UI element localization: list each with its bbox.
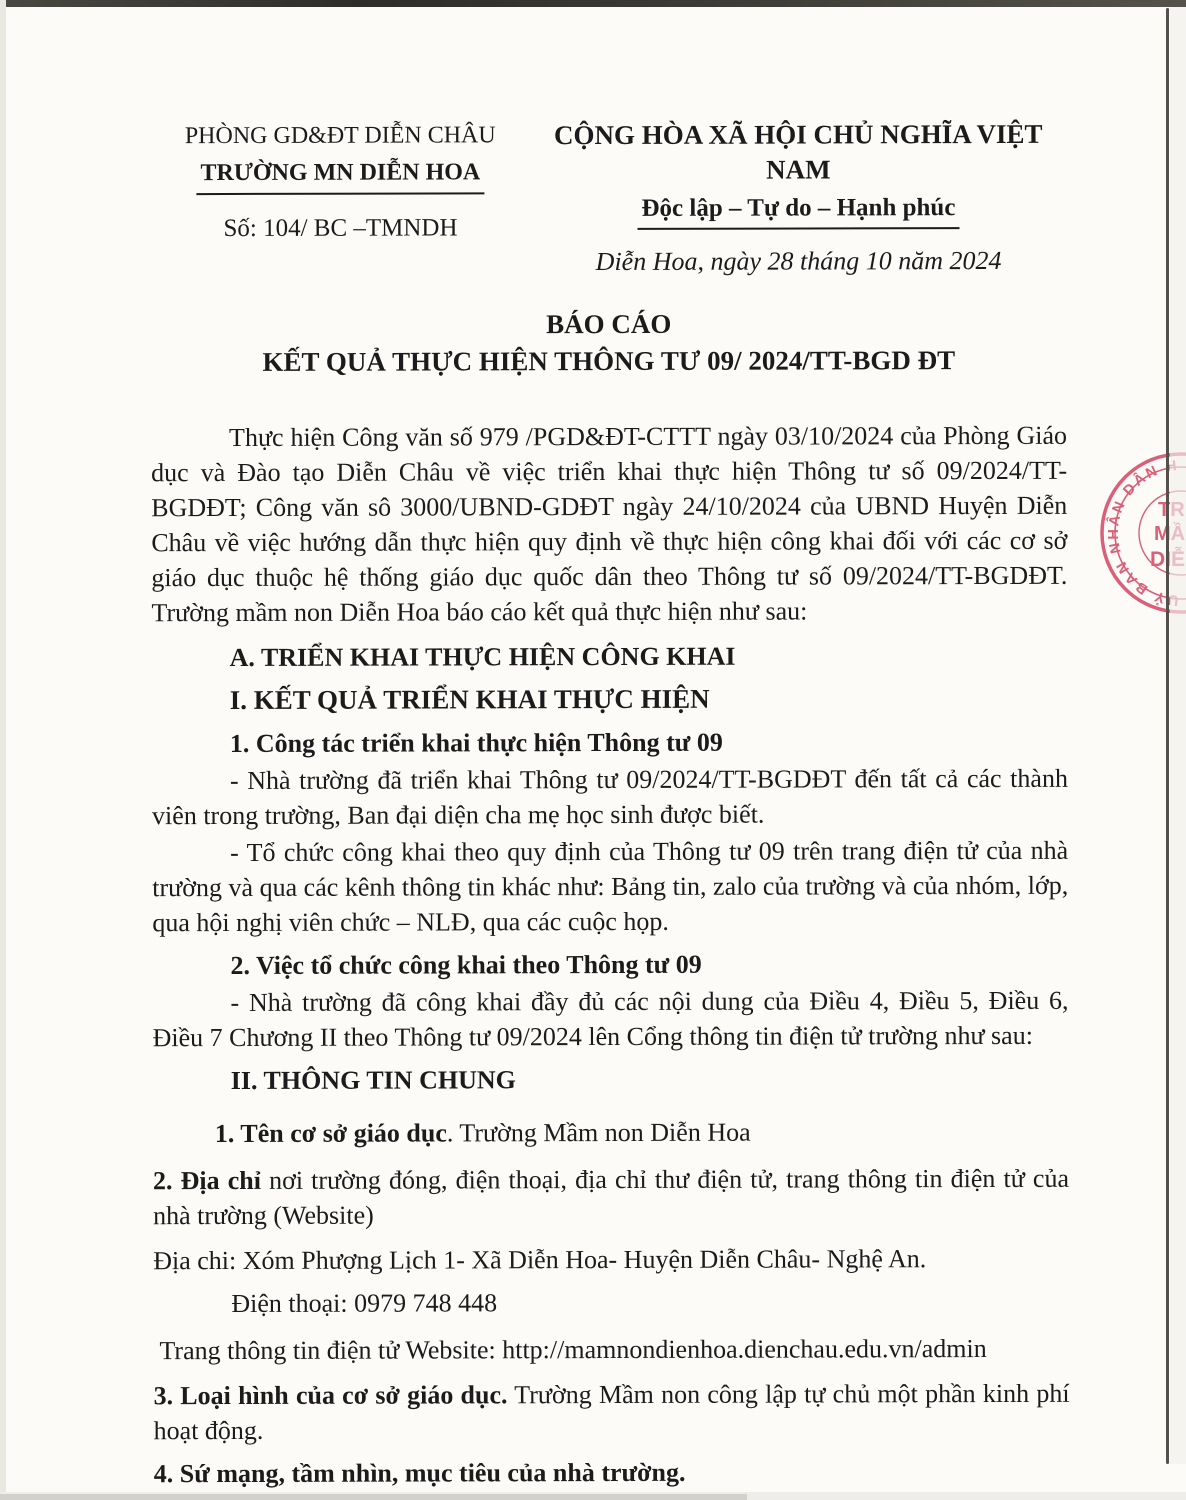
scan-edge-left [0, 0, 6, 1500]
item-4-mission-heading: 4. Sứ mạng, tầm nhìn, mục tiêu của nhà t… [154, 1454, 1070, 1491]
document-header: PHÒNG GD&ĐT DIỄN CHÂU TRƯỜNG MN DIỄN HOA… [150, 117, 1066, 280]
section-i-heading: I. KẾT QUẢ TRIỂN KHAI THỰC HIỆN [230, 681, 1068, 718]
intro-paragraph: Thực hiện Công văn số 979 /PGD&ĐT-CTTT n… [151, 418, 1068, 630]
national-motto-block: CỘNG HÒA XÃ HỘI CHỦ NGHĨA VIỆT NAM Độc l… [530, 117, 1066, 279]
scanned-document-page: UỶ BAN NHÂN DÂN HUY TR MẦ DIỄ PHÒNG GD&Đ… [0, 0, 1186, 1500]
org-parent-name: PHÒNG GD&ĐT DIỄN CHÂU [150, 118, 530, 154]
heading-1: 1. Công tác triển khai thực hiện Thông t… [230, 724, 1068, 761]
scan-edge-right-band [1170, 6, 1186, 1464]
scan-edge-top [0, 0, 1186, 7]
national-title: CỘNG HÒA XÃ HỘI CHỦ NGHĨA VIỆT NAM [530, 117, 1066, 188]
item-1-school-name: 1. Tên cơ sở giáo dục. Trường Mầm non Di… [215, 1114, 1069, 1151]
item-2-label: 2. Địa chỉ [153, 1166, 261, 1195]
document-title-block: BÁO CÁO KẾT QUẢ THỰC HIỆN THÔNG TƯ 09/ 2… [151, 306, 1067, 380]
address-line: Địa chi: Xóm Phượng Lịch 1- Xã Diễn Hoa-… [153, 1241, 1069, 1278]
item-1-label: 1. Tên cơ sở giáo dục [215, 1118, 447, 1148]
phone-line: Điện thoại: 0979 748 448 [231, 1284, 1069, 1321]
document-number: Số: 104/ BC –TMNDH [150, 210, 530, 246]
org-school-name: TRƯỜNG MN DIỄN HOA [196, 155, 484, 195]
scan-edge-bottom-shadow [0, 1494, 747, 1500]
national-motto: Độc lập – Tự do – Hạnh phúc [637, 190, 959, 230]
item-2-value: nơi trường đóng, điện thoại, địa chỉ thư… [153, 1164, 1069, 1230]
item-1-value: . Trường Mầm non Diễn Hoa [447, 1118, 751, 1148]
paragraph-2: - Tổ chức công khai theo quy định của Th… [152, 833, 1068, 940]
document-subtitle: KẾT QUẢ THỰC HIỆN THÔNG TƯ 09/ 2024/TT-B… [151, 343, 1067, 380]
section-ii-heading: II. THÔNG TIN CHUNG [231, 1061, 1069, 1098]
paragraph-3: - Nhà trường đã công khai đầy đủ các nội… [152, 983, 1068, 1055]
website-line: Trang thông tin điện tử Website: http://… [159, 1331, 1069, 1368]
item-3-school-type: 3. Loại hình của cơ sở giáo dục. Trường … [154, 1376, 1070, 1448]
heading-2: 2. Việc tổ chức công khai theo Thông tư … [230, 946, 1068, 983]
item-3-label: 3. Loại hình của cơ sở giáo dục. [154, 1380, 508, 1410]
section-a-heading: A. TRIỂN KHAI THỰC HIỆN CÔNG KHAI [230, 638, 1068, 675]
issuing-org-block: PHÒNG GD&ĐT DIỄN CHÂU TRƯỜNG MN DIỄN HOA… [150, 118, 530, 280]
scan-edge-right-line [1166, 8, 1169, 1464]
document-content: PHÒNG GD&ĐT DIỄN CHÂU TRƯỜNG MN DIỄN HOA… [150, 117, 1070, 1491]
paragraph-1: - Nhà trường đã triển khai Thông tư 09/2… [152, 761, 1068, 833]
document-title: BÁO CÁO [151, 306, 1067, 343]
item-2-address-intro: 2. Địa chỉ nơi trường đóng, điện thoại, … [153, 1161, 1069, 1233]
place-and-date: Diễn Hoa, ngày 28 tháng 10 năm 2024 [531, 243, 1067, 279]
